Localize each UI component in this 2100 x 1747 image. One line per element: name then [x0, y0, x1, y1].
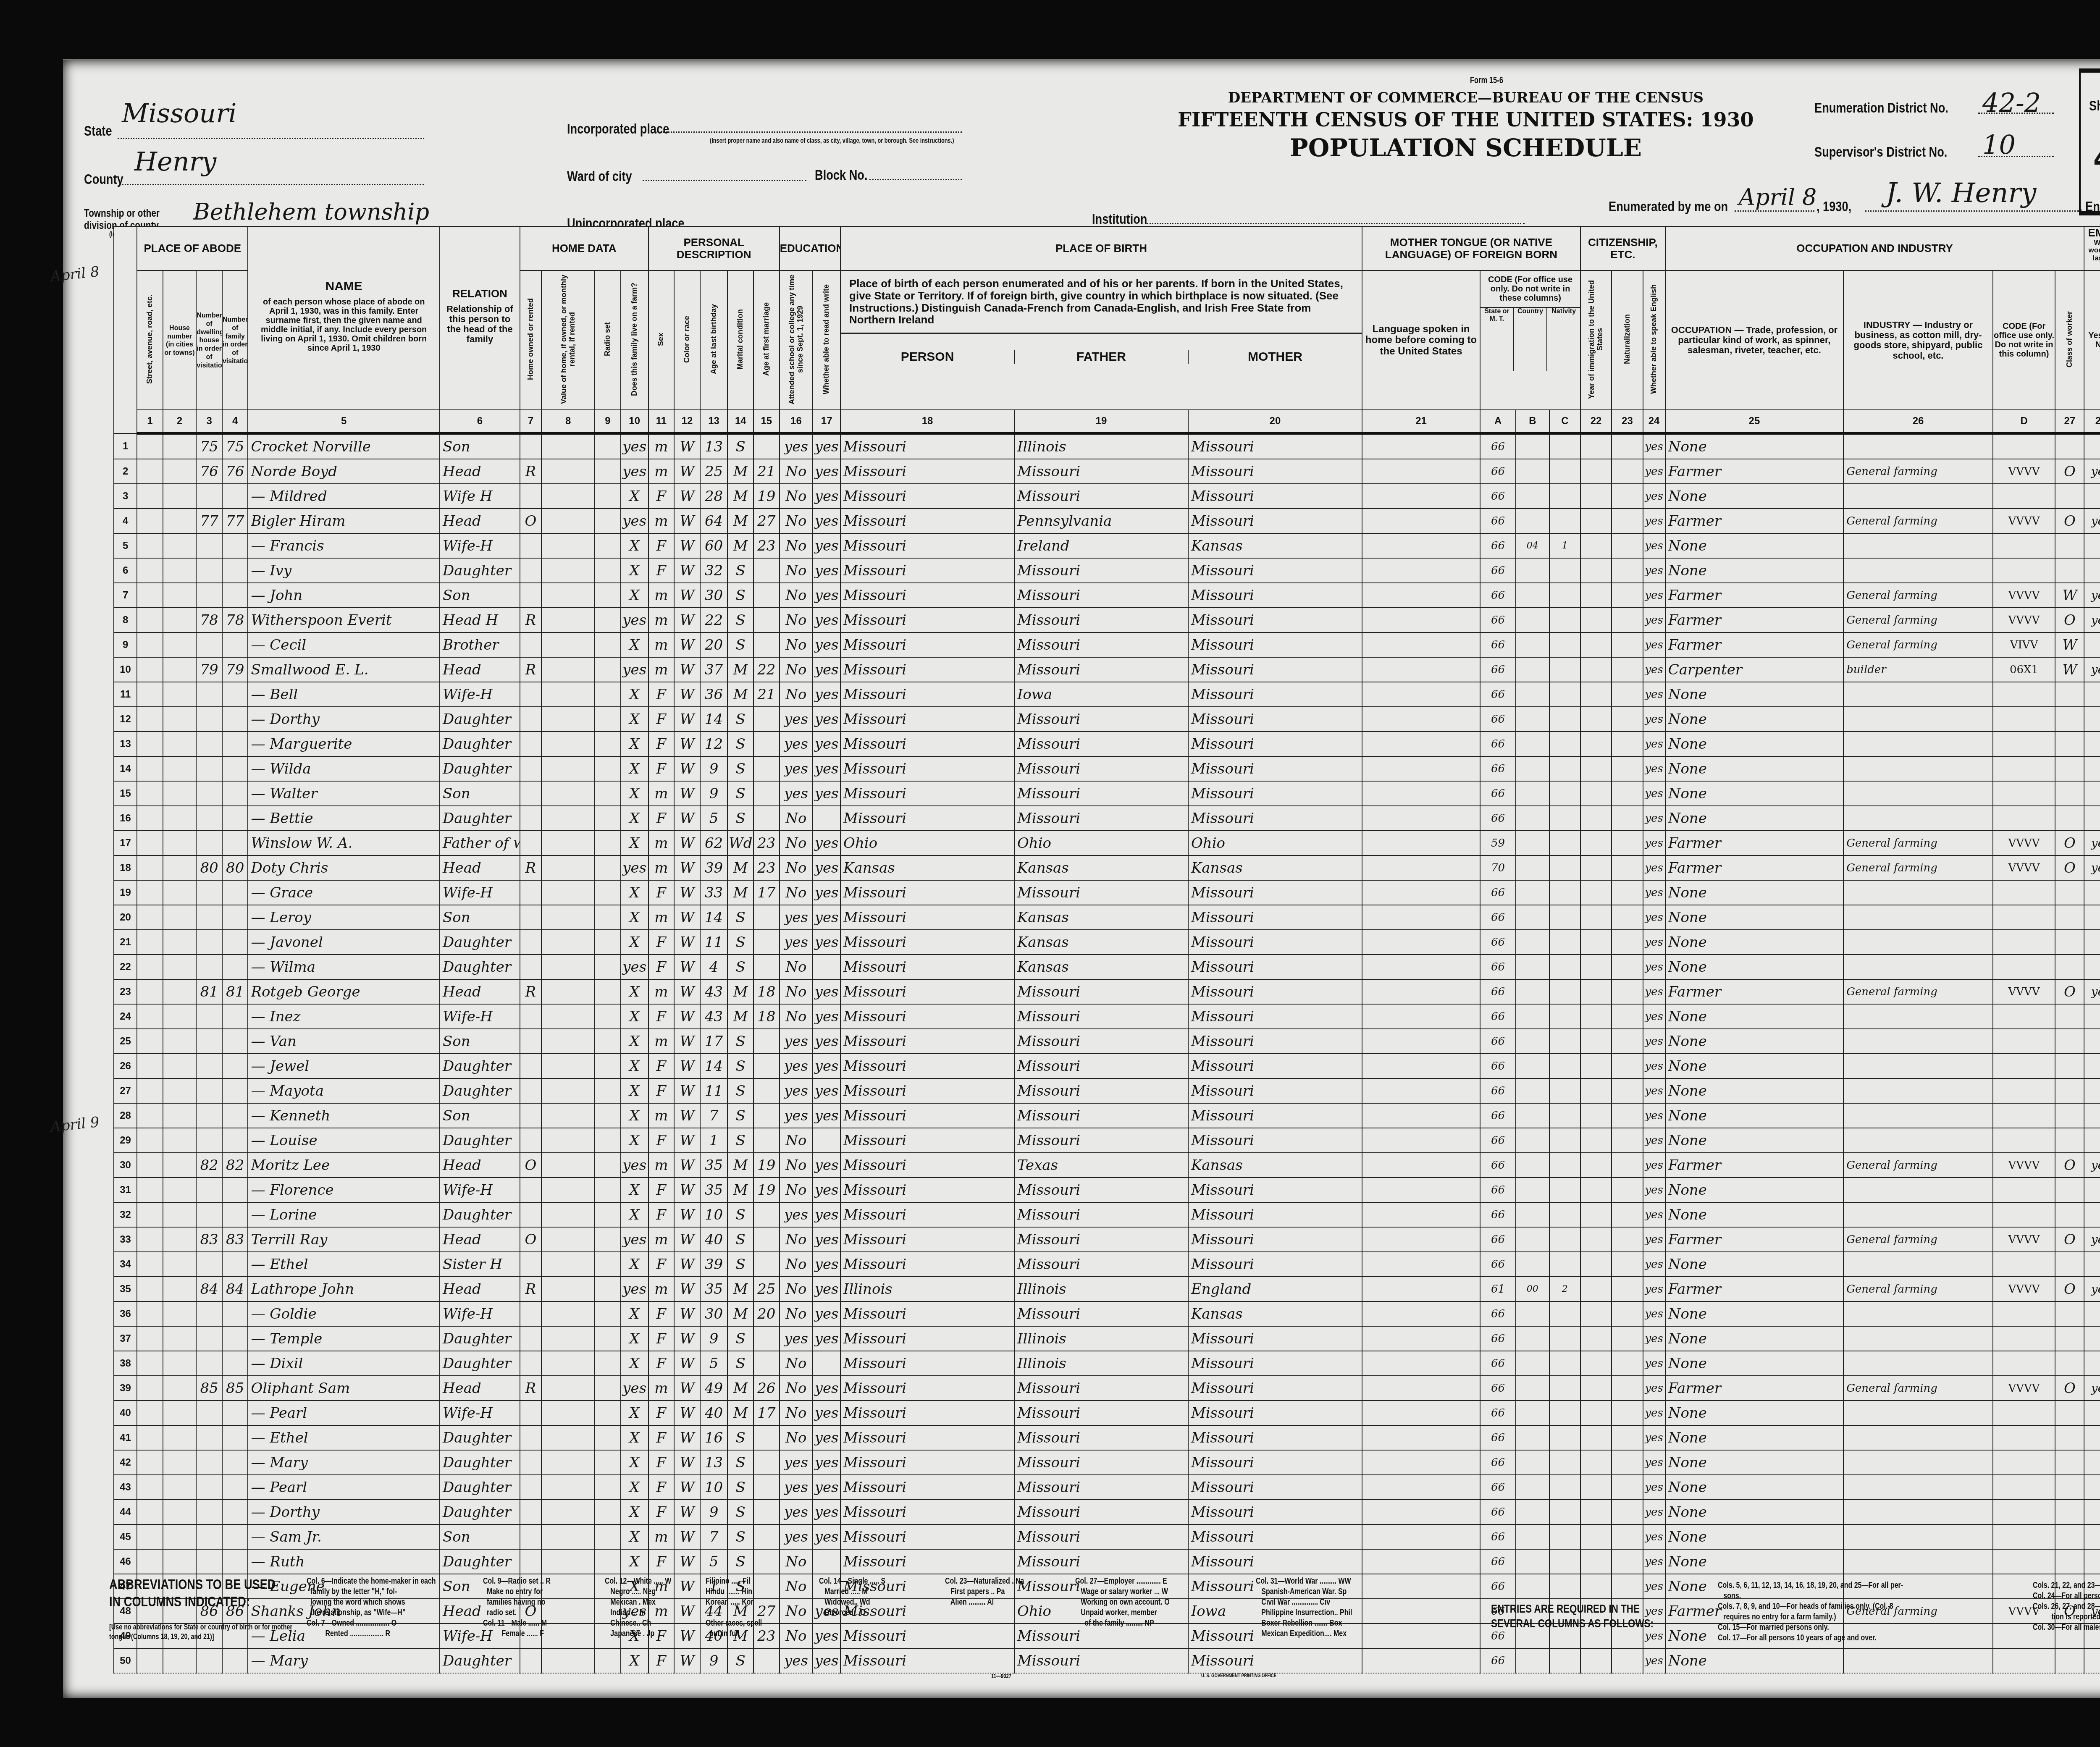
code-d [1993, 732, 2055, 756]
marital-status: M [727, 1153, 753, 1178]
code-c [1549, 682, 1580, 707]
dwelling-number [196, 1054, 222, 1078]
farm: yes [621, 1153, 648, 1178]
home-value [541, 558, 595, 583]
occupation: None [1665, 484, 1844, 509]
entries-required-a: Cols. 5, 6, 11, 12, 13, 14, 16, 18, 19, … [1718, 1580, 1903, 1643]
attended-school: yes [780, 1029, 813, 1054]
age: 64 [700, 509, 728, 533]
race: W [674, 433, 700, 459]
col-24-header: Whether able to speak English [1643, 270, 1665, 410]
immigration-year [1580, 533, 1612, 558]
code-b [1516, 1103, 1549, 1128]
age-first-marriage: 19 [753, 1178, 780, 1202]
code-a: 66 [1480, 979, 1516, 1004]
birthplace-father: Missouri [1014, 1054, 1188, 1078]
industry [1843, 484, 1993, 509]
line-number: 32 [114, 1202, 137, 1227]
col-number: 28 [2084, 410, 2100, 433]
speaks-english: yes [1643, 1549, 1665, 1574]
attended-school: No [780, 1549, 813, 1574]
code-c [1549, 831, 1580, 855]
age: 32 [700, 558, 728, 583]
read-write: yes [813, 855, 840, 880]
code-c [1549, 1103, 1580, 1128]
line-number: 16 [114, 806, 137, 831]
margin-date-note: April 9 [50, 1114, 100, 1136]
code-d [1993, 880, 2055, 905]
code-a: 66 [1480, 1078, 1516, 1103]
marital-status: S [727, 806, 753, 831]
occupation: None [1665, 1326, 1844, 1351]
home-owned-rented [520, 583, 541, 608]
relation: Daughter [440, 558, 520, 583]
street-cell [137, 509, 163, 533]
code-a: 66 [1480, 1178, 1516, 1202]
col-number: 23 [1612, 410, 1643, 433]
place-of-birth-subheader: Place of birth of each person enumerated… [840, 270, 1362, 410]
at-work: yes [2084, 1227, 2100, 1252]
immigration-year [1580, 880, 1612, 905]
code-a: 66 [1480, 558, 1516, 583]
code-b [1516, 1475, 1549, 1500]
dwelling-number [196, 682, 222, 707]
attended-school: yes [780, 707, 813, 732]
street-cell [137, 558, 163, 583]
mother-tongue [1362, 608, 1480, 632]
relation: Daughter [440, 1326, 520, 1351]
at-work [2084, 880, 2100, 905]
code-a: 66 [1480, 484, 1516, 509]
family-number [222, 930, 248, 955]
at-work [2084, 1475, 2100, 1500]
line-number: 6 [114, 558, 137, 583]
col-label: CODE (For office use only. Do not write … [1994, 322, 2054, 359]
race: W [674, 1054, 700, 1078]
sex: F [648, 1549, 675, 1574]
industry [1843, 905, 1993, 930]
marital-status: M [727, 1376, 753, 1401]
birthplace-person: Missouri [840, 1103, 1014, 1128]
industry: General farming [1843, 632, 1993, 657]
race: W [674, 1227, 700, 1252]
col-7-header: Home owned or rented [520, 270, 541, 410]
immigration-year [1580, 1524, 1612, 1549]
home-value [541, 1401, 595, 1425]
code-b [1516, 509, 1549, 533]
birthplace-father: Missouri [1014, 707, 1188, 732]
at-work [2084, 732, 2100, 756]
house-number-cell [163, 1277, 197, 1301]
at-work [2084, 955, 2100, 979]
occupation: None [1665, 1401, 1844, 1425]
age: 13 [700, 433, 728, 459]
mother-tongue [1362, 1128, 1480, 1153]
mother-tongue [1362, 459, 1480, 484]
col-number: B [1516, 410, 1549, 433]
street-cell [137, 707, 163, 732]
code-a: 66 [1480, 1054, 1516, 1078]
immigration-year [1580, 1450, 1612, 1475]
home-value [541, 1202, 595, 1227]
code-c [1549, 707, 1580, 732]
attended-school: yes [780, 1054, 813, 1078]
relation: Daughter [440, 1351, 520, 1376]
class-of-worker: O [2055, 1376, 2084, 1401]
code-abc-header: CODE (For office use only. Do not write … [1480, 270, 1580, 410]
at-work [2084, 756, 2100, 781]
farm: X [621, 707, 648, 732]
code-a: 66 [1480, 1475, 1516, 1500]
marital-status: M [727, 979, 753, 1004]
naturalization [1612, 682, 1643, 707]
person-name: — John [248, 583, 439, 608]
code-c [1549, 1128, 1580, 1153]
birthplace-mother: Missouri [1188, 756, 1362, 781]
immigration-year [1580, 1202, 1612, 1227]
radio-set [595, 632, 621, 657]
industry [1843, 1202, 1993, 1227]
family-number: 77 [222, 509, 248, 533]
at-work: yes [2084, 583, 2100, 608]
occupation: Farmer [1665, 831, 1844, 855]
naturalization [1612, 1029, 1643, 1054]
line-number: 19 [114, 880, 137, 905]
industry [1843, 1178, 1993, 1202]
speaks-english: yes [1643, 855, 1665, 880]
industry [1843, 1103, 1993, 1128]
occupation: Farmer [1665, 459, 1844, 484]
family-number [222, 806, 248, 831]
age-first-marriage [753, 583, 780, 608]
industry [1843, 955, 1993, 979]
race: W [674, 806, 700, 831]
home-owned-rented [520, 1524, 541, 1549]
occupation: Farmer [1665, 509, 1844, 533]
speaks-english: yes [1643, 1029, 1665, 1054]
read-write: yes [813, 1500, 840, 1524]
incorporated-label: Incorporated place [567, 121, 669, 137]
age: 12 [700, 732, 728, 756]
class-of-worker [2055, 533, 2084, 558]
col27-abbrev: Col. 27—Employer ............. E Wage or… [1075, 1576, 1170, 1629]
mother-tongue [1362, 979, 1480, 1004]
birthplace-father: Illinois [1014, 1326, 1188, 1351]
enumerator-line [1865, 210, 2079, 212]
marital-status: S [727, 1425, 753, 1450]
family-number [222, 905, 248, 930]
farm: X [621, 1078, 648, 1103]
birthplace-father: Missouri [1014, 583, 1188, 608]
code-b [1516, 756, 1549, 781]
relation: Son [440, 1524, 520, 1549]
naturalization [1612, 1475, 1643, 1500]
birthplace-father: Missouri [1014, 756, 1188, 781]
speaks-english: yes [1643, 1450, 1665, 1475]
table-row: 36 — Goldie Wife-H X F W 30 M 20 No yes … [114, 1301, 2100, 1326]
marital-status: S [727, 1103, 753, 1128]
col-label: Naturalization [1623, 314, 1632, 364]
relation: Son [440, 433, 520, 459]
age: 11 [700, 1078, 728, 1103]
attended-school: No [780, 806, 813, 831]
house-number-cell [163, 1475, 197, 1500]
home-value [541, 533, 595, 558]
age-first-marriage: 17 [753, 1401, 780, 1425]
read-write: yes [813, 632, 840, 657]
line-number: 7 [114, 583, 137, 608]
street-cell [137, 732, 163, 756]
home-owned-rented [520, 806, 541, 831]
birthplace-person: Missouri [840, 1425, 1014, 1450]
code-a: 66 [1480, 1351, 1516, 1376]
naturalization [1612, 979, 1643, 1004]
col-17-header: Whether able to read and write [813, 270, 840, 410]
speaks-english: yes [1643, 1401, 1665, 1425]
family-number [222, 1128, 248, 1153]
age-first-marriage: 17 [753, 880, 780, 905]
birthplace-mother: Ohio [1188, 831, 1362, 855]
naturalization [1612, 1500, 1643, 1524]
marital-status: S [727, 930, 753, 955]
age-first-marriage [753, 1054, 780, 1078]
home-owned-rented: R [520, 608, 541, 632]
street-cell [137, 1401, 163, 1425]
race: W [674, 1450, 700, 1475]
immigration-year [1580, 1301, 1612, 1326]
street-cell [137, 1475, 163, 1500]
age-first-marriage [753, 1078, 780, 1103]
code-c [1549, 1153, 1580, 1178]
col-label: Whether able to read and write [822, 284, 831, 394]
code-d [1993, 682, 2055, 707]
birthplace-mother: Missouri [1188, 880, 1362, 905]
birthplace-father: Missouri [1014, 1425, 1188, 1450]
at-work [2084, 1425, 2100, 1450]
house-number-cell [163, 1500, 197, 1524]
family-number [222, 1351, 248, 1376]
street-cell [137, 1425, 163, 1450]
enumerated-date-line [1735, 210, 1814, 212]
radio-set [595, 930, 621, 955]
radio-set [595, 955, 621, 979]
person-name: — Pearl [248, 1475, 439, 1500]
code-a: 66 [1480, 1029, 1516, 1054]
race: W [674, 979, 700, 1004]
home-value [541, 1128, 595, 1153]
age-first-marriage: 27 [753, 509, 780, 533]
age-first-marriage [753, 930, 780, 955]
abbreviations-title: ABBREVIATIONS TO BE USED IN COLUMNS INDI… [109, 1576, 284, 1611]
home-value [541, 1301, 595, 1326]
table-row: 25 — Van Son X m W 17 S yes yes Missouri… [114, 1029, 2100, 1054]
read-write: yes [813, 1103, 840, 1128]
family-number: 76 [222, 459, 248, 484]
marital-status: M [727, 459, 753, 484]
code-d [1993, 781, 2055, 806]
race: W [674, 1153, 700, 1178]
ward-line [643, 180, 806, 181]
code-d: VVVV [1993, 608, 2055, 632]
code-a: 66 [1480, 1401, 1516, 1425]
person-name: Rotgeb George [248, 979, 439, 1004]
home-owned-rented [520, 1475, 541, 1500]
line-number: 40 [114, 1401, 137, 1425]
industry [1843, 1078, 1993, 1103]
birthplace-mother: Missouri [1188, 1425, 1362, 1450]
street-cell [137, 1252, 163, 1277]
code-c [1549, 433, 1580, 459]
col-number: 4 [222, 410, 248, 433]
dwelling-number [196, 1524, 222, 1549]
race: W [674, 1178, 700, 1202]
col-label: Yes or No [2088, 331, 2100, 349]
relation: Father of wife [440, 831, 520, 855]
home-value [541, 1277, 595, 1301]
industry [1843, 1524, 1993, 1549]
relation: Daughter [440, 955, 520, 979]
attended-school: yes [780, 930, 813, 955]
farm: X [621, 1178, 648, 1202]
house-number-cell [163, 533, 197, 558]
col-label: Class of worker [2066, 311, 2074, 367]
house-number-cell [163, 930, 197, 955]
class-of-worker [2055, 1103, 2084, 1128]
relation: Wife-H [440, 1301, 520, 1326]
col-number: 15 [753, 410, 780, 433]
dwelling-number: 81 [196, 979, 222, 1004]
age: 13 [700, 1450, 728, 1475]
code-b [1516, 1425, 1549, 1450]
house-number-cell [163, 1351, 197, 1376]
birthplace-person: Ohio [840, 831, 1014, 855]
col-11-header: Sex [648, 270, 675, 410]
home-owned-rented: R [520, 979, 541, 1004]
col-label: Value of home, if owned, or monthly rent… [560, 272, 577, 407]
street-cell [137, 1029, 163, 1054]
sex: m [648, 459, 675, 484]
birthplace-mother: Missouri [1188, 1078, 1362, 1103]
house-number-cell [163, 781, 197, 806]
col-label: INDUSTRY — Industry or business, as cott… [1854, 320, 1983, 361]
table-row: 5 — Francis Wife-H X F W 60 M 23 No yes … [114, 533, 2100, 558]
col-28-header: Yes or No [2084, 270, 2100, 410]
class-of-worker [2055, 1202, 2084, 1227]
class-of-worker [2055, 558, 2084, 583]
home-value [541, 707, 595, 732]
home-value [541, 1351, 595, 1376]
age: 17 [700, 1029, 728, 1054]
home-owned-rented: O [520, 509, 541, 533]
occupation: None [1665, 930, 1844, 955]
birthplace-person: Missouri [840, 1549, 1014, 1574]
line-number: 15 [114, 781, 137, 806]
radio-set [595, 1425, 621, 1450]
speaks-english: yes [1643, 930, 1665, 955]
code-b [1516, 930, 1549, 955]
birthplace-mother: Missouri [1188, 1103, 1362, 1128]
col-8-header: Value of home, if owned, or monthly rent… [541, 270, 595, 410]
marital-status: M [727, 1277, 753, 1301]
code-b [1516, 806, 1549, 831]
radio-set [595, 806, 621, 831]
form-number: Form 15-6 [1470, 75, 1503, 86]
code-d [1993, 1128, 2055, 1153]
immigration-year [1580, 1351, 1612, 1376]
home-value [541, 930, 595, 955]
abbreviations-note: [Use no abbreviations for State or count… [109, 1622, 297, 1641]
class-of-worker [2055, 1326, 2084, 1351]
dwelling-number: 85 [196, 1376, 222, 1401]
code-d [1993, 1078, 2055, 1103]
attended-school: No [780, 880, 813, 905]
sex: F [648, 1078, 675, 1103]
speaks-english: yes [1643, 905, 1665, 930]
naturalization [1612, 632, 1643, 657]
class-of-worker [2055, 1054, 2084, 1078]
code-d [1993, 484, 2055, 509]
dwelling-number [196, 583, 222, 608]
home-owned-rented [520, 632, 541, 657]
race: W [674, 831, 700, 855]
line-number: 34 [114, 1252, 137, 1277]
mother-label: MOTHER [1188, 350, 1362, 364]
street-cell [137, 1524, 163, 1549]
class-of-worker: O [2055, 855, 2084, 880]
farm: X [621, 484, 648, 509]
col-number: 5 [248, 410, 439, 433]
occupation: None [1665, 1524, 1844, 1549]
sheet-label: Sheet No. [2089, 98, 2100, 114]
read-write: yes [813, 905, 840, 930]
naturalization [1612, 1202, 1643, 1227]
street-cell [137, 905, 163, 930]
mother-tongue [1362, 1054, 1480, 1078]
at-work [2084, 632, 2100, 657]
farm: yes [621, 657, 648, 682]
radio-set [595, 707, 621, 732]
birthplace-father: Missouri [1014, 1202, 1188, 1227]
farm: X [621, 831, 648, 855]
naturalization [1612, 1178, 1643, 1202]
home-owned-rented [520, 1004, 541, 1029]
mother-tongue [1362, 1524, 1480, 1549]
race: W [674, 1004, 700, 1029]
at-work [2084, 1128, 2100, 1153]
naturalization [1612, 433, 1643, 459]
industry: General farming [1843, 459, 1993, 484]
table-row: 40 — Pearl Wife-H X F W 40 M 17 No yes M… [114, 1401, 2100, 1425]
radio-set [595, 583, 621, 608]
line-number: 12 [114, 707, 137, 732]
line-number: 30 [114, 1153, 137, 1178]
person-name: — Ethel [248, 1425, 439, 1450]
age-first-marriage [753, 1549, 780, 1574]
code-b [1516, 682, 1549, 707]
read-write: yes [813, 682, 840, 707]
read-write: yes [813, 781, 840, 806]
person-name: Moritz Lee [248, 1153, 439, 1178]
birthplace-mother: Missouri [1188, 1252, 1362, 1277]
speaks-english: yes [1643, 1301, 1665, 1326]
col-1-header: Street, avenue, road, etc. [137, 270, 163, 410]
code-a: 66 [1480, 1202, 1516, 1227]
age: 43 [700, 979, 728, 1004]
street-cell [137, 1301, 163, 1326]
line-number: 4 [114, 509, 137, 533]
birthplace-person: Missouri [840, 1351, 1014, 1376]
code-c [1549, 806, 1580, 831]
